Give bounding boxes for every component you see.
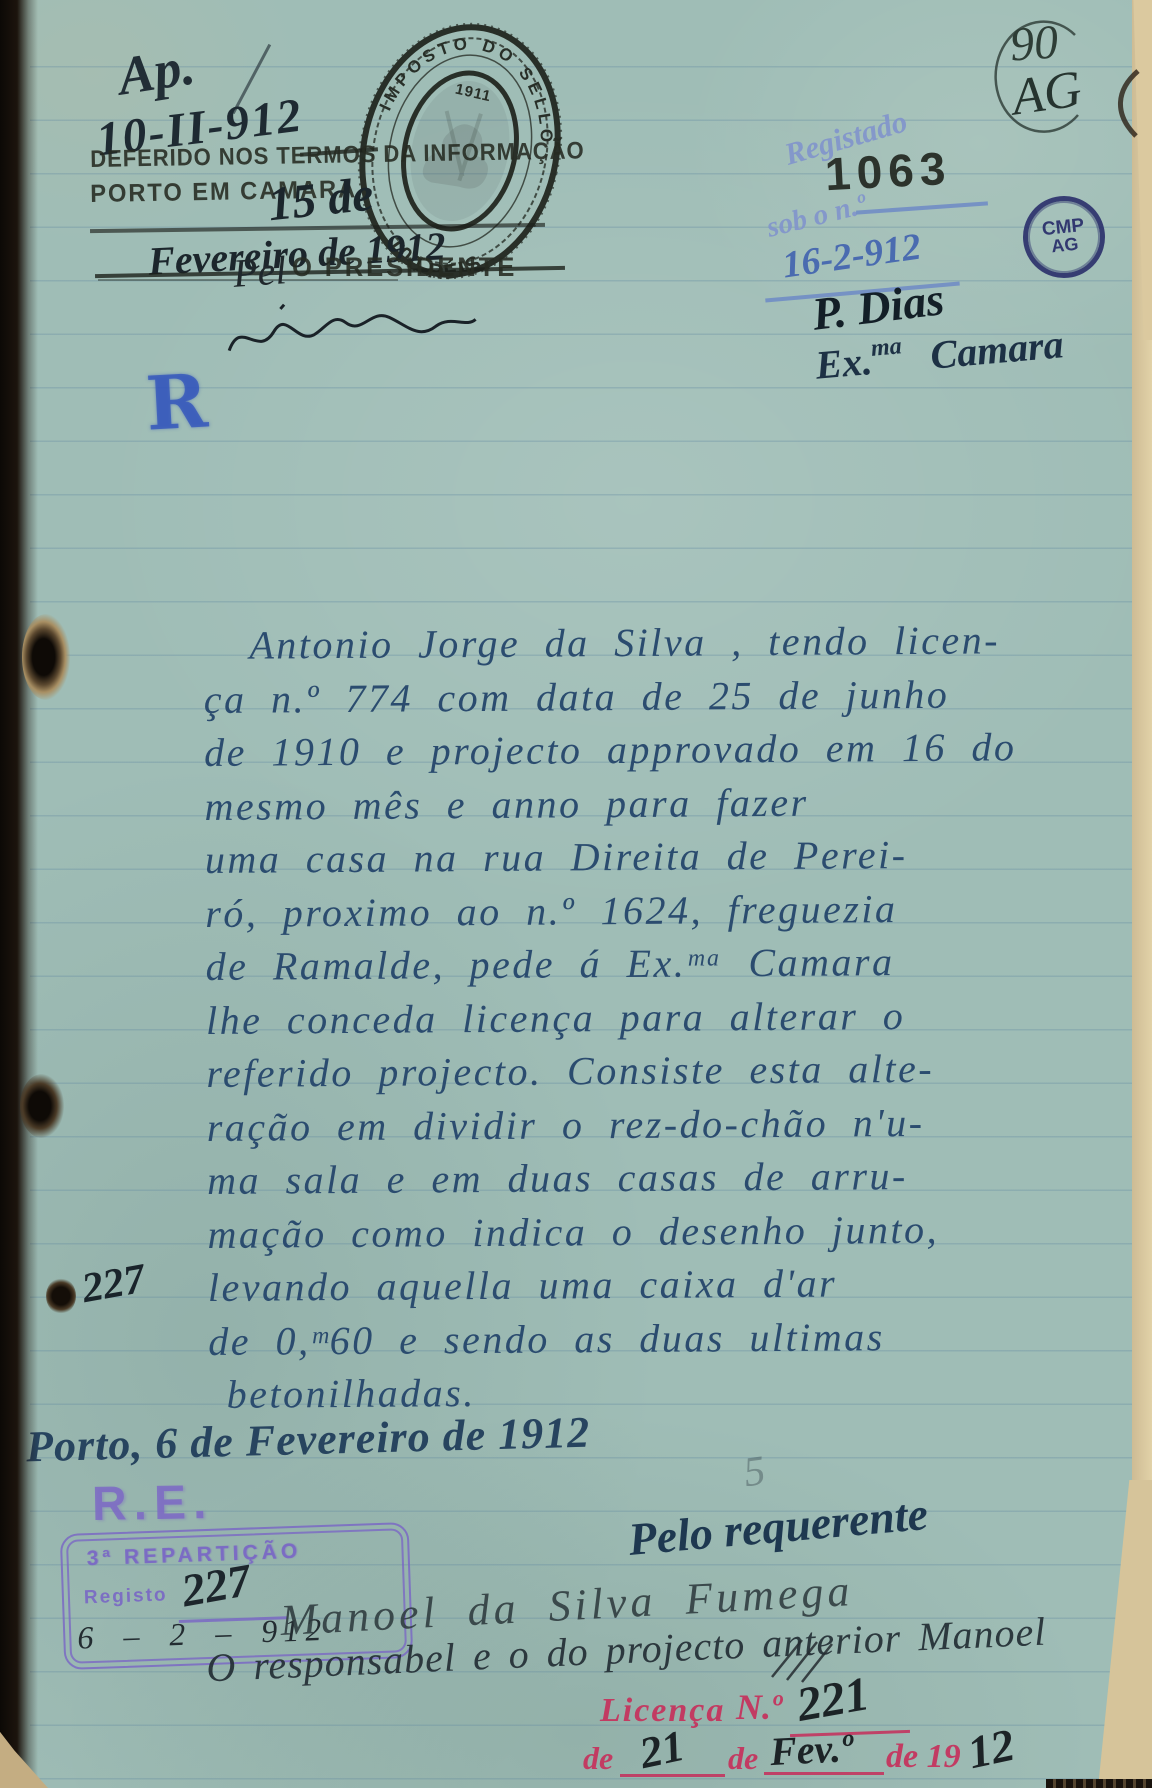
binding-gutter-shadow (0, 0, 38, 1788)
body-line: ração em dividir o rez-do-chão n'u- (207, 1095, 1052, 1154)
body-line: de 1910 e projecto approvado em 16 do (204, 720, 1049, 779)
licenca-de2: de (728, 1740, 758, 1777)
registo-label: Registo (84, 1584, 168, 1609)
body-line: mesmo mês e anno para fazer (204, 774, 1049, 833)
petition-body: Antonio Jorge da Silva , tendo licen- ça… (203, 613, 1054, 1421)
re-stamp: R.E. (92, 1475, 214, 1532)
scanned-document-page: IMPOSTO DO SELLO 1911 100 RÉIS Ap. 10-II… (0, 0, 1152, 1788)
body-line: de 0,ᵐ60 e sendo as duas ultimas (208, 1309, 1053, 1368)
approval-initials: Ap. (114, 34, 199, 107)
registration-number: 1063 (824, 141, 953, 202)
addressee-superscript: ma (870, 333, 903, 362)
page-curl-mark (1106, 68, 1152, 147)
body-line: mação como indica o desenho junto, (207, 1202, 1052, 1261)
reviewer-initials: AG (1008, 59, 1085, 127)
body-line: referido projecto. Consiste esta alte- (206, 1041, 1051, 1100)
binding-hole-top (22, 614, 70, 700)
cmp-stamp-line2: AG (1051, 236, 1080, 256)
handwritten-day: 15 de (265, 167, 375, 233)
body-line: ma sala e em duas casas de arru- (207, 1148, 1052, 1207)
bottom-edge-serration (1046, 1779, 1152, 1788)
licenca-day-underline (620, 1774, 725, 1777)
licenca-month: Fev.º (769, 1724, 854, 1775)
r-classification-mark: R (144, 358, 210, 447)
addressee-prefix: Ex. (814, 338, 874, 388)
body-line: Antonio Jorge da Silva , tendo licen- (203, 613, 1048, 672)
licenca-n-label: N.º (736, 1686, 782, 1728)
body-line: lhe conceda licença para alterar o (206, 988, 1051, 1047)
licenca-de1: de (583, 1740, 613, 1777)
binding-hole-middle (20, 1074, 64, 1138)
body-line: de Ramalde, pede á Ex.ᵐᵃ Camara (205, 934, 1050, 993)
binding-hole-small (46, 1278, 76, 1314)
licenca-de3: de 19 (886, 1738, 961, 1776)
presidente-stamp-text: O PRESIDENTE (292, 252, 517, 283)
body-line: ró, proximo ao n.º 1624, freguezia (205, 881, 1050, 940)
body-line: levando aquella uma caixa d'ar (208, 1255, 1053, 1314)
body-line: uma casa na rua Direita de Perei- (205, 827, 1050, 886)
body-line: ça n.º 774 com data de 25 de junho (204, 667, 1049, 726)
pelo-handwritten: Pel (231, 246, 287, 297)
